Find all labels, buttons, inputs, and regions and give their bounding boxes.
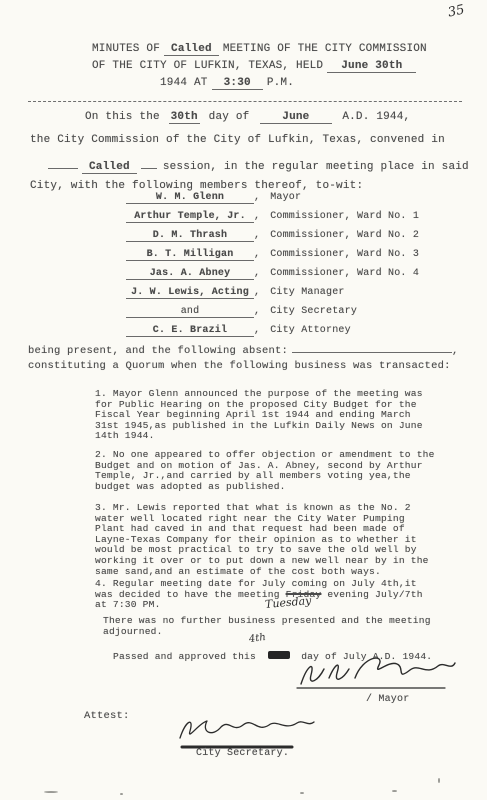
opening-line-2: the City Commission of the City of Lufki… (30, 134, 445, 146)
mayor-label: / Mayor (366, 694, 409, 705)
opening-day: 30th (169, 111, 200, 124)
comma: , (254, 287, 260, 298)
scan-noise (300, 792, 304, 794)
blank-line (141, 157, 157, 169)
member-row-city-manager: J. W. Lewis, Acting,City Manager (126, 287, 419, 306)
header-fill-meeting-type: Called (164, 43, 219, 56)
header-line1-post: MEETING OF THE CITY COMMISSION (223, 43, 427, 55)
opening-line-3: Calledsession, in the regular meeting pl… (48, 157, 469, 173)
opening-line-1: On this the 30th day of June A.D. 1944, (85, 111, 410, 123)
header-line-2: OF THE CITY OF LUFKIN, TEXAS, HELDJune 3… (92, 59, 420, 74)
member-name: and (126, 306, 254, 318)
member-name: Arthur Temple, Jr. (126, 211, 254, 223)
member-row-city-secretary: and,City Secretary (126, 306, 419, 325)
opening-session-type: Called (82, 161, 137, 174)
comma: , (254, 268, 260, 279)
paragraph-1: 1. Mayor Glenn announced the purpose of … (95, 389, 440, 442)
mayor-signature (293, 648, 461, 694)
attest-label: Attest: (84, 710, 130, 722)
paragraph-4: 4. Regular meeting date for July coming … (95, 579, 440, 611)
comma: , (254, 211, 260, 222)
inked-out-word (268, 651, 290, 659)
member-row-ward4: Jas. A. Abney,Commissioner, Ward No. 4 (126, 268, 419, 287)
member-name: D. M. Thrash (126, 230, 254, 242)
member-title: City Attorney (270, 325, 351, 336)
comma: , (254, 306, 260, 317)
member-row-ward3: B. T. Milligan,Commissioner, Ward No. 3 (126, 249, 419, 268)
member-row-ward1: Arthur Temple, Jr.,Commissioner, Ward No… (126, 211, 419, 230)
scan-noise (438, 778, 440, 783)
comma: , (254, 249, 260, 260)
comma: , (254, 230, 260, 241)
comma: , (254, 192, 260, 203)
member-row-ward2: D. M. Thrash,Commissioner, Ward No. 2 (126, 230, 419, 249)
passed-pre: Passed and approved this (113, 651, 256, 662)
member-title: City Manager (270, 287, 344, 298)
member-title: Commissioner, Ward No. 3 (270, 249, 419, 260)
header-line-3: 1944 AT3:30P.M. (160, 76, 294, 91)
member-name: C. E. Brazil (126, 325, 254, 337)
paragraph-2: 2. No one appeared to offer objection or… (95, 450, 440, 492)
opening-line3-post: session, in the regular meeting place in… (163, 161, 469, 173)
opening-month: June (260, 111, 331, 124)
dashed-divider (28, 101, 462, 102)
opening-line-4: City, with the following members thereof… (30, 180, 363, 192)
handwritten-correction-4th: 4th (248, 632, 266, 645)
opening-line1-pre: On this the (85, 111, 160, 123)
adjournment-line: There was no further business presented … (103, 616, 448, 637)
member-title: Commissioner, Ward No. 1 (270, 211, 419, 222)
comma: , (254, 325, 260, 336)
header-line-1: MINUTES OFCalledMEETING OF THE CITY COMM… (92, 42, 427, 57)
member-name: Jas. A. Abney (126, 268, 254, 280)
header-fill-date: June 30th (327, 60, 416, 73)
para4-line2-pre: was decided to have the meeting (95, 589, 286, 600)
quorum-post: , (452, 345, 459, 357)
para4-line2-post: evening July/7th (321, 589, 422, 600)
document-page: 35 MINUTES OFCalledMEETING OF THE CITY C… (0, 0, 487, 800)
member-title: City Secretary (270, 306, 357, 317)
quorum-line-1: being present, and the following absent:… (28, 341, 459, 357)
member-title: Mayor (270, 192, 301, 203)
header-line3-pre: 1944 AT (160, 77, 208, 89)
header-fill-time: 3:30 (212, 77, 263, 90)
page-number: 35 (447, 2, 466, 20)
member-title: Commissioner, Ward No. 2 (270, 230, 419, 241)
member-roster: W. M. Glenn,Mayor Arthur Temple, Jr.,Com… (126, 192, 419, 344)
member-name: J. W. Lewis, Acting (126, 287, 254, 299)
absent-blank (292, 341, 452, 353)
member-name: B. T. Milligan (126, 249, 254, 261)
quorum-line-2: constituting a Quorum when the following… (28, 360, 451, 372)
scan-noise (392, 790, 397, 792)
header-line2-pre: OF THE CITY OF LUFKIN, TEXAS, HELD (92, 60, 323, 72)
opening-line1-mid: day of (209, 111, 250, 123)
header-line1-pre: MINUTES OF (92, 43, 160, 55)
secretary-label: City Secretary. (196, 748, 289, 759)
opening-line1-post: A.D. 1944, (342, 111, 410, 123)
member-name: W. M. Glenn (126, 192, 254, 204)
member-title: Commissioner, Ward No. 4 (270, 268, 419, 279)
member-row-mayor: W. M. Glenn,Mayor (126, 192, 419, 211)
scan-noise (44, 791, 58, 793)
quorum-pre: being present, and the following absent: (28, 345, 288, 357)
blank-line (48, 157, 78, 169)
paragraph-3: 3. Mr. Lewis reported that what is known… (95, 503, 440, 577)
scan-noise (120, 793, 123, 795)
header-line3-post: P.M. (267, 77, 294, 89)
